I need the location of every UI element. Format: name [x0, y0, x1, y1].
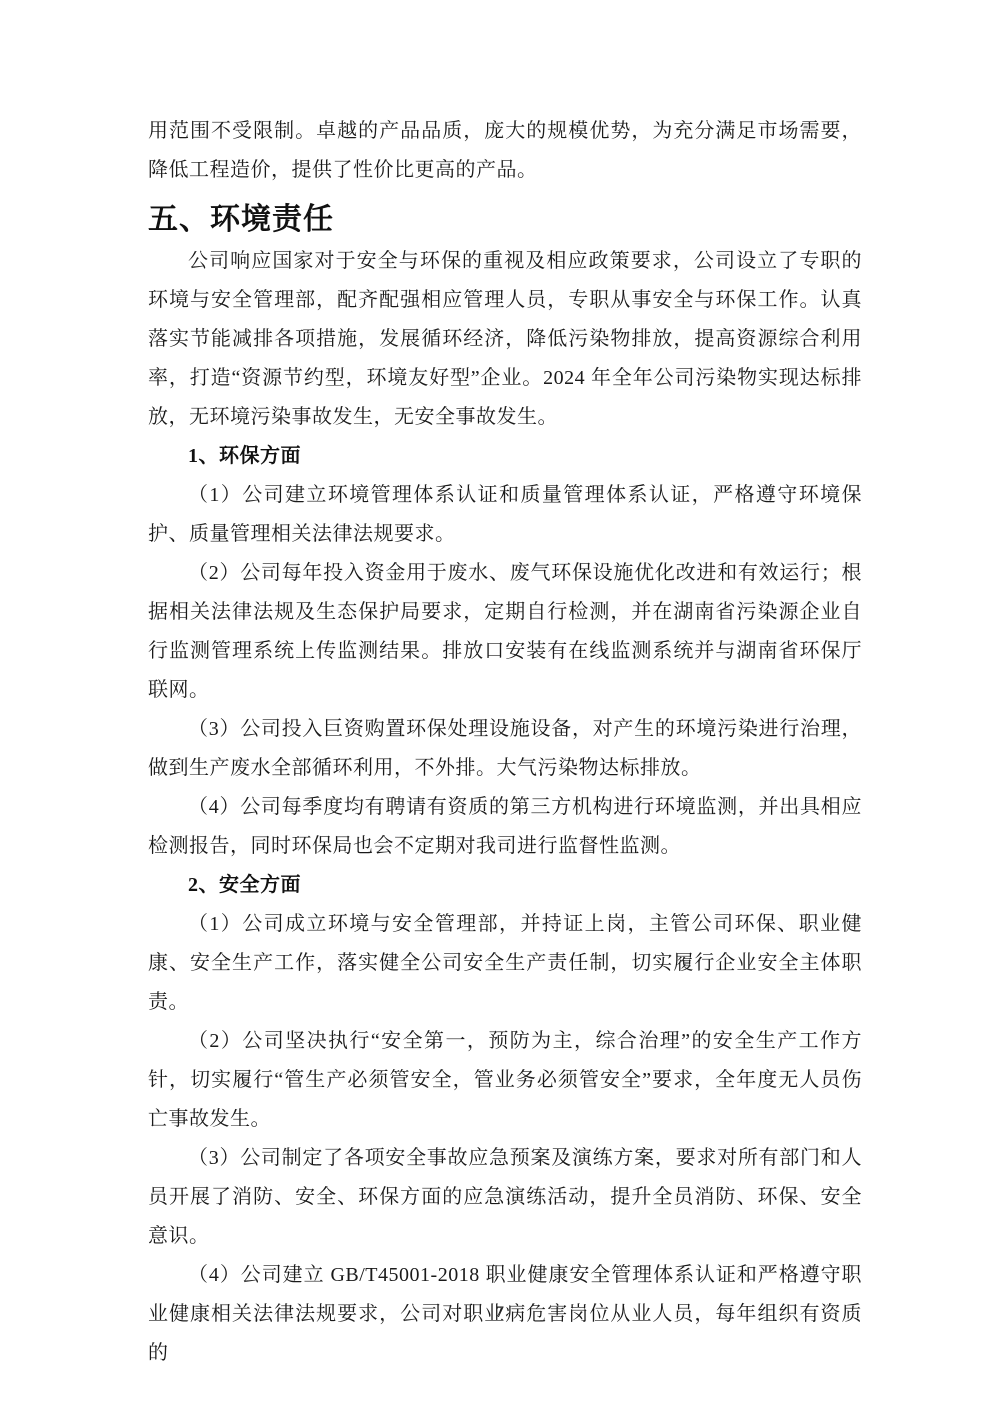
page-number: 7: [0, 1303, 1000, 1323]
paragraph: 用范围不受限制。卓越的产品品质，庞大的规模优势，为充分满足市场需要，降低工程造价…: [148, 112, 862, 190]
section-heading: 五、环境责任: [148, 198, 862, 242]
sub-heading: 1、环保方面: [148, 437, 862, 476]
document-page: 用范围不受限制。卓越的产品品质，庞大的规模优势，为充分满足市场需要，降低工程造价…: [0, 0, 1000, 1414]
paragraph: （1）公司建立环境管理体系认证和质量管理体系认证，严格遵守环境保护、质量管理相关…: [148, 476, 862, 554]
paragraph: 公司响应国家对于安全与环保的重视及相应政策要求，公司设立了专职的环境与安全管理部…: [148, 242, 862, 437]
paragraph: （2）公司坚决执行“安全第一，预防为主，综合治理”的安全生产工作方针，切实履行“…: [148, 1022, 862, 1139]
paragraph: （1）公司成立环境与安全管理部，并持证上岗，主管公司环保、职业健康、安全生产工作…: [148, 905, 862, 1022]
paragraph: （2）公司每年投入资金用于废水、废气环保设施优化改进和有效运行；根据相关法律法规…: [148, 554, 862, 710]
sub-heading: 2、安全方面: [148, 866, 862, 905]
document-content: 用范围不受限制。卓越的产品品质，庞大的规模优势，为充分满足市场需要，降低工程造价…: [148, 112, 862, 1373]
paragraph: （3）公司投入巨资购置环保处理设施设备，对产生的环境污染进行治理，做到生产废水全…: [148, 710, 862, 788]
paragraph: （3）公司制定了各项安全事故应急预案及演练方案，要求对所有部门和人员开展了消防、…: [148, 1139, 862, 1256]
paragraph: （4）公司每季度均有聘请有资质的第三方机构进行环境监测，并出具相应检测报告，同时…: [148, 788, 862, 866]
